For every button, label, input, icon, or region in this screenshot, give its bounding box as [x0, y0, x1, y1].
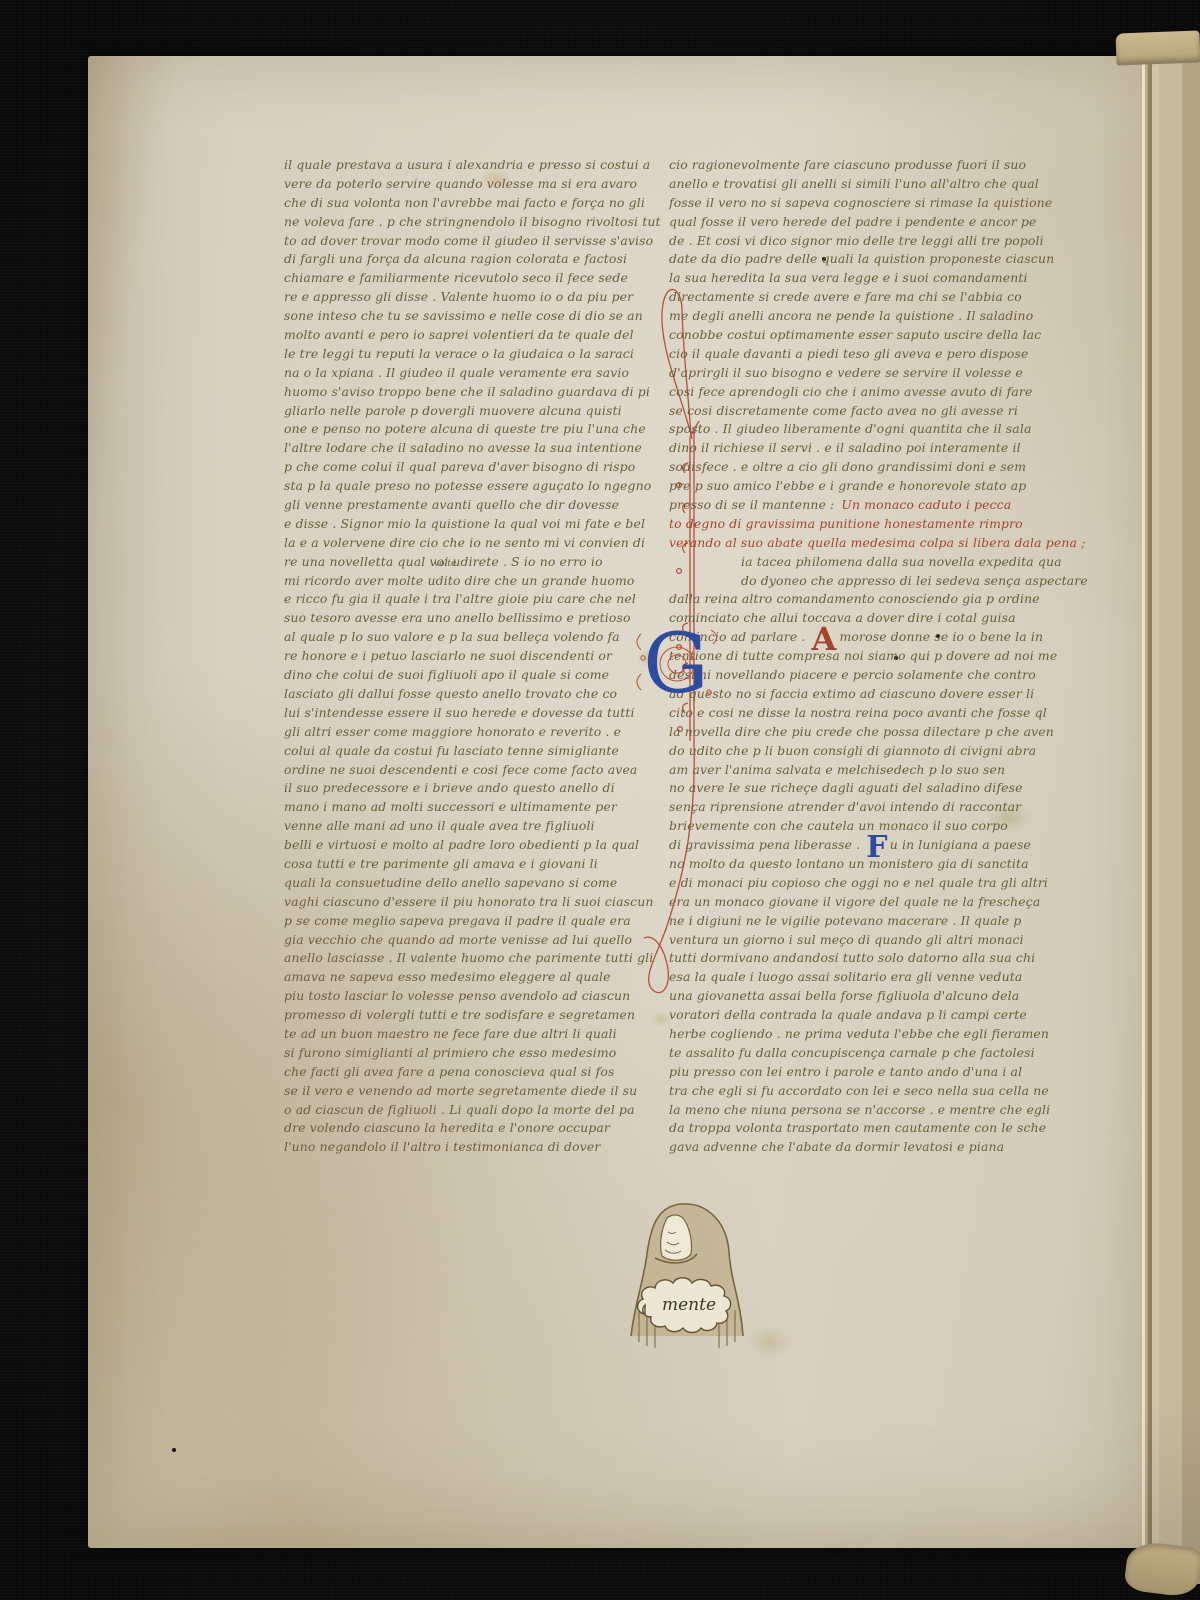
text-line: no molto da questo lontano un monistero … [669, 855, 1051, 874]
illuminated-initial-F: F [866, 830, 887, 865]
rubric-lead-line: presso di se il mantenne :Un monaco cadu… [669, 496, 1051, 515]
catchword-label: mente [662, 1295, 716, 1315]
text-line: te ad un buon maestro ne fece fare due a… [284, 1025, 666, 1044]
rubricated-initial-A: A [812, 620, 837, 658]
text-line: desimi novellando piacere e percio solam… [669, 666, 1051, 685]
text-column-left: il quale prestava a usura i alexandria e… [284, 156, 666, 1157]
ink-spot [172, 1448, 176, 1452]
text-line: dino che colui de suoi figliuoli apo il … [284, 666, 666, 685]
text-line: cito e cosi ne disse la nostra reina poc… [669, 704, 1051, 723]
text-line: ia tacea philomena dalla sua novella exp… [669, 553, 1051, 572]
text-line: p che come colui il qual pareva d'aver b… [284, 458, 666, 477]
a-line-post: morose donne se io o bene la in [840, 629, 1044, 644]
text-line: la e a volervene dire cio che io ne sent… [284, 534, 666, 553]
text-line: dino il richiese il servi . e il saladin… [669, 439, 1051, 458]
text-line: sodisfece . e oltre a cio gli dono grand… [669, 458, 1051, 477]
text-line: ne i digiuni ne le vigilie potevano mace… [669, 912, 1051, 931]
text-line: vere da poterlo servire quando volesse m… [284, 175, 666, 194]
text-line: do udito che p li buon consigli di giann… [669, 742, 1051, 761]
text-line: la meno che niuna persona se n'accorse .… [669, 1101, 1051, 1120]
text-line: me degli anelli ancora ne pende la quist… [669, 307, 1051, 326]
text-line: conobbe costui optimamente esser saputo … [669, 326, 1051, 345]
rubric-red-start: Un monaco caduto i pecca [841, 497, 1011, 512]
text-line: cio il quale davanti a piedi teso gli av… [669, 345, 1051, 364]
text-line: do dyoneo che appresso di lei sedeva sen… [669, 572, 1051, 591]
photographic-background: { "colors": { "background_cloth": "#0c0c… [0, 0, 1200, 1600]
binding-leather-top [1115, 31, 1200, 66]
text-line: gliarlo nelle parole p dovergli muovere … [284, 402, 666, 421]
text-line: quali la consuetudine dello anello sapev… [284, 874, 666, 893]
text-line: il suo predecessore e i brieve ando ques… [284, 779, 666, 798]
text-line: era un monaco giovane il vigore del qual… [669, 893, 1051, 912]
text-line: promesso di volergli tutti e tre sodisfa… [284, 1006, 666, 1025]
text-line: tentione di tutte compresa noi siamo qui… [669, 647, 1051, 666]
text-line: re una novelletta qual voi udirete . S i… [284, 553, 666, 572]
text-line: cosa tutti e tre parimente gli amava e i… [284, 855, 666, 874]
text-line: re honore e i petuo lasciarlo ne suoi di… [284, 647, 666, 666]
text-line: e disse . Signor mio la quistione la qua… [284, 515, 666, 534]
text-line: to ad dover trovar modo come il giudeo i… [284, 232, 666, 251]
text-line: de . Et cosi vi dico signor mio delle tr… [669, 232, 1051, 251]
text-line: l'uno negandolo il l'altro i testimonian… [284, 1138, 666, 1157]
text-line: gava advenne che l'abate da dormir levat… [669, 1138, 1051, 1157]
text-line: il quale prestava a usura i alexandria e… [284, 156, 666, 175]
text-line: sta p la quale preso no potesse essere a… [284, 477, 666, 496]
text-line: one e penso no potere alcuna di queste t… [284, 420, 666, 439]
amorose-donne-line: comincio ad parlare .Amorose donne se io… [669, 628, 1051, 647]
rubric-line: to degno di gravissima punitione honesta… [669, 515, 1051, 534]
fu-in-lunigiana-line: di gravissima pena liberasse .Fu in luni… [669, 836, 1051, 855]
catchword-monk-figure: mente [593, 1198, 783, 1350]
text-line: dalla reina altro comandamento conoscien… [669, 590, 1051, 609]
text-line: brievemente con che cautela un monaco il… [669, 817, 1051, 836]
text-line: ventura un giorno i sul meço di quando g… [669, 931, 1051, 950]
illuminated-initial-G: G [633, 614, 719, 710]
text-line: p se come meglio sapeva pregava il padre… [284, 912, 666, 931]
text-line: sposto . Il giudeo liberamente d'ogni qu… [669, 420, 1051, 439]
text-line: venne alle mani ad uno il quale avea tre… [284, 817, 666, 836]
text-line: mi ricordo aver molte udito dire che un … [284, 572, 666, 591]
rubric-lead-ink: presso di se il mantenne : [669, 497, 834, 512]
text-line: si furono simiglianti al primiero che es… [284, 1044, 666, 1063]
text-line: anello e trovatisi gli anelli si simili … [669, 175, 1051, 194]
text-line: qual fosse il vero herede del padre i pe… [669, 213, 1051, 232]
text-line: mano i mano ad molti successori e ultima… [284, 798, 666, 817]
text-line: lui s'intendesse essere il suo herede e … [284, 704, 666, 723]
binding-leather-bottom [1123, 1540, 1200, 1599]
text-line: la sua heredita la sua vera legge e i su… [669, 269, 1051, 288]
text-line: se il vero e venendo ad morte segretamen… [284, 1082, 666, 1101]
text-line: che di sua volonta non l'avrebbe mai fac… [284, 194, 666, 213]
text-line: re e appresso gli disse . Valente huomo … [284, 288, 666, 307]
text-line: se cosi discretamente come facto avea no… [669, 402, 1051, 421]
text-line: ad questo no si faccia extimo ad ciascun… [669, 685, 1051, 704]
text-line: d'aprirgli il suo bisogno e vedere se se… [669, 364, 1051, 383]
rubric-red-lines: to degno di gravissima punitione honesta… [669, 515, 1051, 553]
text-line: am aver l'anima salvata e melchisedech p… [669, 761, 1051, 780]
text-line: amava ne sapeva esso medesimo eleggere a… [284, 968, 666, 987]
text-line: lasciato gli dallui fosse questo anello … [284, 685, 666, 704]
text-line: chiamare e familiarmente ricevutolo seco… [284, 269, 666, 288]
f-line-post: u in lunigiana a paese [890, 837, 1031, 852]
text-line: huomo s'aviso troppo bene che il saladin… [284, 383, 666, 402]
text-line: di fargli una força da alcuna ragion col… [284, 250, 666, 269]
text-line: una giovanetta assai bella forse figliuo… [669, 987, 1051, 1006]
text-line: vaghi ciascuno d'essere il piu honorato … [284, 893, 666, 912]
text-line: te assalito fu dalla concupiscença carna… [669, 1044, 1051, 1063]
text-line: gli venne prestamente avanti quello che … [284, 496, 666, 515]
text-line: l'altre lodare che il saladino no avesse… [284, 439, 666, 458]
text-line: gli altri esser come maggiore honorato e… [284, 723, 666, 742]
text-line: tra che egli si fu accordato con lei e s… [669, 1082, 1051, 1101]
text-line: sone inteso che tu se savissimo e nelle … [284, 307, 666, 326]
text-line: anello lasciasse . Il valente huomo che … [284, 949, 666, 968]
text-line: da troppa volonta trasportato men cautam… [669, 1119, 1051, 1138]
text-line: e ricco fu gia il quale i tra l'altre gi… [284, 590, 666, 609]
right-column-part3: no molto da questo lontano un monistero … [669, 855, 1051, 1157]
text-column-right: cio ragionevolmente fare ciascuno produs… [669, 156, 1051, 1157]
text-line: al quale p lo suo valore e p la sua bell… [284, 628, 666, 647]
text-line: ordine ne suoi descendenti e cosi fece c… [284, 761, 666, 780]
text-line: la novella dire che piu crede che possa … [669, 723, 1051, 742]
text-line: herbe cogliendo . ne prima veduta l'ebbe… [669, 1025, 1051, 1044]
text-line: cominciato che allui toccava a dover dir… [669, 609, 1051, 628]
novella-intro-indented: ia tacea philomena dalla sua novella exp… [669, 553, 1051, 591]
text-line: le tre leggi tu reputi la verace o la gi… [284, 345, 666, 364]
text-line: belli e virtuosi e molto al padre loro o… [284, 836, 666, 855]
manuscript-leaf: il quale prestava a usura i alexandria e… [88, 56, 1144, 1548]
text-line: date da dio padre delle quali la quistio… [669, 250, 1051, 269]
text-line: na o la xpiana . Il giudeo il quale vera… [284, 364, 666, 383]
text-line: esa la quale i luogo assai solitario era… [669, 968, 1051, 987]
initial-G-letter: G [643, 617, 709, 710]
novella-intro-full: dalla reina altro comandamento conoscien… [669, 590, 1051, 628]
text-line: tutti dormivano andandosi tutto solo dat… [669, 949, 1051, 968]
text-line: directamente si crede avere e fare ma ch… [669, 288, 1051, 307]
text-line: suo tesoro avesse era uno anello belliss… [284, 609, 666, 628]
text-line: pre p suo amico l'ebbe e i grande e hono… [669, 477, 1051, 496]
f-line-pre: di gravissima pena liberasse . [669, 837, 860, 852]
rubric-line: verando al suo abate quella medesima col… [669, 534, 1051, 553]
text-line: ne voleva fare . p che stringnendolo il … [284, 213, 666, 232]
text-line: cio ragionevolmente fare ciascuno produs… [669, 156, 1051, 175]
text-line: o ad ciascun de figliuoli . Li quali dop… [284, 1101, 666, 1120]
text-line: che facti gli avea fare a pena conosciev… [284, 1063, 666, 1082]
book-gutter-edge [1142, 48, 1200, 1584]
text-line: piu tosto lasciar lo volesse penso avend… [284, 987, 666, 1006]
text-line: cosi fece aprendogli cio che i animo ave… [669, 383, 1051, 402]
text-line: no avere le sue richeçe dagli aguati del… [669, 779, 1051, 798]
text-line: fosse il vero no si sapeva cognosciere s… [669, 194, 1051, 213]
text-line: molto avanti e pero io saprei volentieri… [284, 326, 666, 345]
right-column-part2: tentione di tutte compresa noi siamo qui… [669, 647, 1051, 836]
text-line: sença riprensione atrender d'avoi intend… [669, 798, 1051, 817]
right-column-part1: cio ragionevolmente fare ciascuno produs… [669, 156, 1051, 496]
interlinear-correction: volte [434, 560, 456, 569]
text-line: dre volendo ciascuno la heredita e l'ono… [284, 1119, 666, 1138]
text-line: piu presso con lei entro i parole e tant… [669, 1063, 1051, 1082]
text-line: colui al quale da costui fu lasciato ten… [284, 742, 666, 761]
text-line: e di monaci piu copioso che oggi no e ne… [669, 874, 1051, 893]
text-line: gia vecchio che quando ad morte venisse … [284, 931, 666, 950]
text-line: voratori della contrada la quale andava … [669, 1006, 1051, 1025]
left-column-lines: il quale prestava a usura i alexandria e… [284, 156, 666, 1157]
